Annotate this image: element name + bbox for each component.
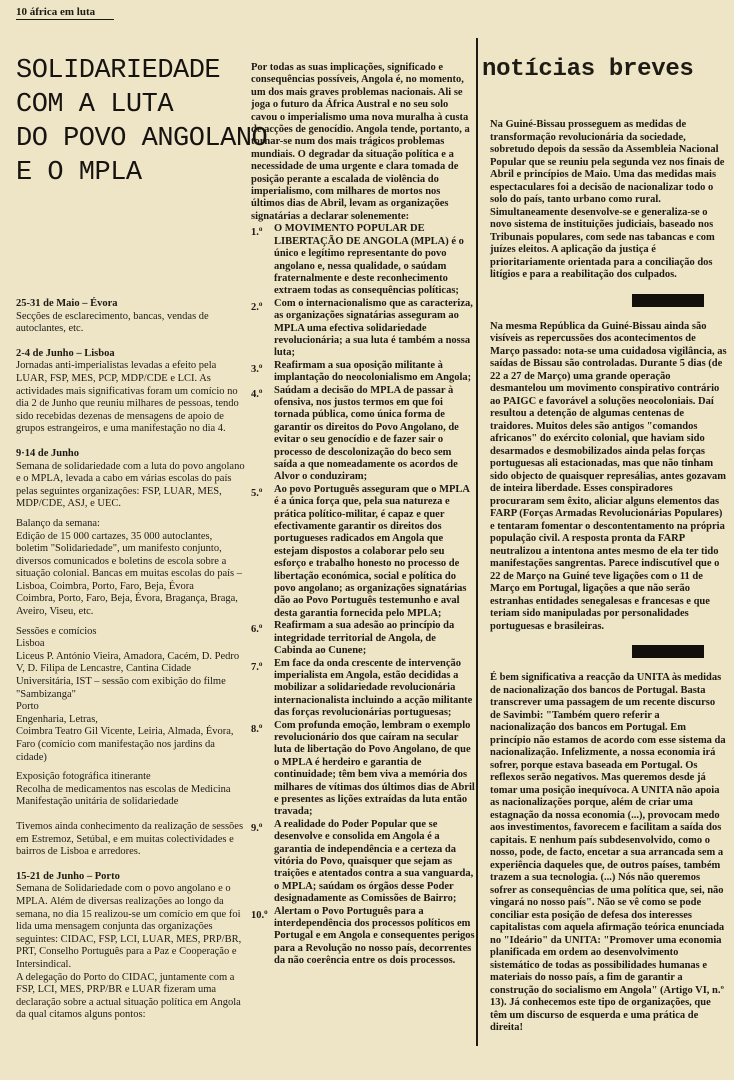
declaration-point: 4.oSaúdam a decisão do MPLA de passar à … <box>251 385 476 484</box>
point-number: 10.o <box>251 906 268 922</box>
headline-line: SOLIDARIEDADE <box>16 54 246 88</box>
event-date: 9·14 de Junho <box>16 448 246 461</box>
events-list: 25-31 de Maio – Évora Secções de esclare… <box>16 298 246 1022</box>
point-number: 3.o <box>251 360 262 376</box>
section-title: notícias breves <box>482 55 728 85</box>
event-text: Secções de esclarecimento, bancas, venda… <box>16 311 246 336</box>
event-date: 2-4 de Junho – Lisboa <box>16 348 246 361</box>
also-text: Tivemos ainda conhecimento da realização… <box>16 821 246 859</box>
balance-text-continued: Coimbra, Porto, Faro, Beja, Évora, Braga… <box>16 593 246 618</box>
event-text: Semana de solidariedade com a luta do po… <box>16 461 246 511</box>
news-text: É bem significativa a reacção da UNITA à… <box>490 672 728 1035</box>
declaration-intro: Por todas as suas implicações, significa… <box>251 62 476 223</box>
news-item: Na mesma República da Guiné-Bissau ainda… <box>490 321 728 634</box>
separator-bar <box>632 645 704 658</box>
declaration-point: 6.oReafirmam a sua adesão ao princípio d… <box>251 620 476 657</box>
declaration-point: 2.oCom o internacionalismo que as caract… <box>251 298 476 360</box>
other-activity: Exposição fotográfica itinerante <box>16 771 246 784</box>
running-head: 10 áfrica em luta <box>16 6 114 20</box>
declaration-point: 9.oA realidade do Poder Popular que se d… <box>251 819 476 906</box>
event-date: 15-21 de Junho – Porto <box>16 871 246 884</box>
point-number: 2.o <box>251 298 262 314</box>
middle-column: Por todas as suas implicações, significa… <box>251 62 476 968</box>
sessions-coimbra-text: Coimbra Teatro Gil Vicente, Leiria, Alma… <box>16 726 246 764</box>
balance-title: Balanço da semana: <box>16 518 246 531</box>
declaration-point: 3.oReafirmam a sua oposição militante à … <box>251 360 476 385</box>
event-text: Semana de Solidariedade com o povo angol… <box>16 883 246 971</box>
declaration-points: 1.oO MOVIMENTO POPULAR DE LIBERTAÇÃO DE … <box>251 223 476 967</box>
sessions-title: Sessões e comícios <box>16 626 246 639</box>
balance-text: Edição de 15 000 cartazes, 35 000 autocl… <box>16 531 246 594</box>
point-number: 7.o <box>251 658 262 674</box>
declaration-point: 8.oCom profunda emoção, lembram o exempl… <box>251 720 476 819</box>
news-item: É bem significativa a reacção da UNITA à… <box>490 672 728 1035</box>
declaration-point: 1.oO MOVIMENTO POPULAR DE LIBERTAÇÃO DE … <box>251 223 476 297</box>
declaration-point: 7.oEm face da onda crescente de interven… <box>251 658 476 720</box>
point-number: 8.o <box>251 720 262 736</box>
point-number: 5.o <box>251 484 262 500</box>
headline-line: COM A LUTA <box>16 88 246 122</box>
separator-bar <box>632 294 704 307</box>
news-text: Na mesma República da Guiné-Bissau ainda… <box>490 321 728 634</box>
headline-line: DO POVO ANGOLANO <box>16 122 246 156</box>
headline-line: E O MPLA <box>16 156 246 190</box>
point-number: 4.o <box>251 385 262 401</box>
event-text: Jornadas anti-imperialistas levadas a ef… <box>16 360 246 436</box>
other-activity: Recolha de medicamentos nas escolas de M… <box>16 784 246 797</box>
column-divider <box>476 38 478 1046</box>
other-activity: Manifestação unitária de solidariedade <box>16 796 246 809</box>
declaration-point: 5.oAo povo Português asseguram que o MPL… <box>251 484 476 620</box>
event-text-continued: A delegação do Porto do CIDAC, juntament… <box>16 972 246 1022</box>
news-text: Na Guiné-Bissau prosseguem as medidas de… <box>490 119 728 282</box>
magazine-page: 10 áfrica em luta SOLIDARIEDADE COM A LU… <box>0 0 734 1080</box>
left-column: SOLIDARIEDADE COM A LUTA DO POVO ANGOLAN… <box>16 24 246 1022</box>
point-number: 1.o <box>251 223 262 239</box>
sessions-lisboa-label: Lisboa <box>16 638 246 651</box>
sessions-porto-text: Engenharia, Letras, <box>16 714 246 727</box>
point-number: 6.o <box>251 620 262 636</box>
sessions-lisboa-text: Liceus P. António Vieira, Amadora, Cacém… <box>16 651 246 701</box>
point-number: 9.o <box>251 819 262 835</box>
event-date: 25-31 de Maio – Évora <box>16 298 246 311</box>
right-column: notícias breves Na Guiné-Bissau prossegu… <box>490 30 728 1035</box>
article-headline: SOLIDARIEDADE COM A LUTA DO POVO ANGOLAN… <box>16 54 246 190</box>
news-item: Na Guiné-Bissau prosseguem as medidas de… <box>490 119 728 282</box>
sessions-porto-label: Porto <box>16 701 246 714</box>
declaration-point: 10.oAlertam o Povo Português para a inte… <box>251 906 476 968</box>
